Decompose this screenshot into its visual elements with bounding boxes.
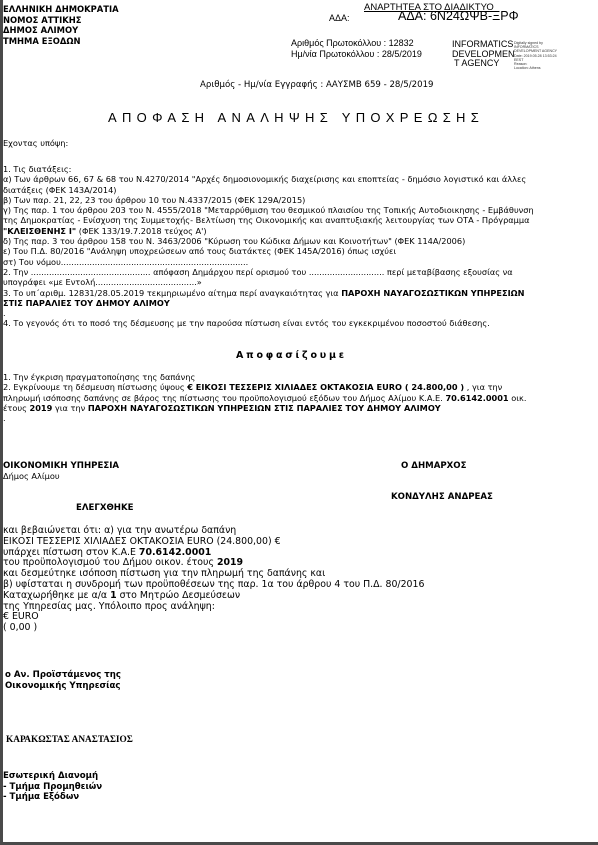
municipality-label: Δήμος Αλίμου — [3, 471, 60, 481]
document-page: ΕΛΛΗΝΙΚΗ ΔΗΜΟΚΡΑΤΙΑ ΝΟΜΟΣ ΑΤΤΙΚΗΣ ΔΗΜΟΣ … — [3, 0, 598, 842]
checked-label: ΕΛΕΓΧΘΗΚΕ — [76, 503, 134, 513]
certification-block: και βεβαιώνεται ότι: α) για την ανωτέρω … — [3, 526, 424, 634]
org-line: ΝΟΜΟΣ ΑΤΤΙΚΗΣ — [3, 15, 119, 26]
decision-heading: Αποφασίζουμε — [236, 350, 347, 361]
signature-details: Digitally signed by INFORMATICS DEVELOPM… — [514, 41, 557, 70]
kae-code: 70.6142.0001 — [445, 393, 508, 403]
distribution-item: - Τμήμα Εξόδων — [3, 792, 102, 803]
org-line: ΔΗΜΟΣ ΑΛΙΜΟΥ — [3, 25, 119, 36]
amount: € ΕΙΚΟΣΙ ΤΕΣΣΕΡΙΣ ΧΙΛΙΑΔΕΣ ΟΚΤΑΚΟΣΙΑ EUR… — [187, 382, 464, 392]
protocol-date: Ημ/νία Πρωτοκόλλου : 28/5/2019 — [291, 49, 422, 59]
distribution-title: Εσωτερική Διανομή — [3, 771, 102, 782]
org-line: ΕΛΛΗΝΙΚΗ ΔΗΜΟΚΡΑΤΙΑ — [3, 4, 119, 15]
finance-service-label: ΟΙΚΟΝΟΜΙΚΗ ΥΠΗΡΕΣΙΑ — [3, 461, 119, 471]
deputy-head-title: ο Αν. Προϊστάμενος της Οικονομικής Υπηρε… — [5, 670, 121, 691]
ada-value: ΑΔΑ: 6Ν24ΩΨΒ-ΞΡΦ — [398, 9, 519, 23]
org-line: ΤΜΗΜΑ ΕΞΟΔΩΝ — [3, 36, 119, 47]
registration-info: Αριθμός - Ημ/νία Εγγραφής : ΑΑΥΣΜΒ 659 -… — [200, 80, 434, 90]
ada-label: ΑΔΑ: — [329, 13, 350, 23]
protocol-number: Αριθμός Πρωτοκόλλου : 12832 — [291, 38, 414, 48]
service-name: ΠΑΡΟΧΗ ΝΑΥΑΓΟΣΩΣΤΙΚΩΝ ΥΠΗΡΕΣΙΩΝ — [341, 288, 524, 298]
signature-agency: INFORMATICS DEVELOPMEN T AGENCY — [452, 40, 515, 69]
distribution-item: - Τμήμα Προμηθειών — [3, 782, 102, 793]
decision-list: 1. Την έγκριση πραγματοποίησης της δαπάν… — [3, 372, 526, 423]
deputy-head-name: ΚΑΡΑΚΩΣΤΑΣ ΑΝΑΣΤΑΣΙΟΣ — [6, 735, 133, 745]
considering-list: 1. Τις διατάξεις: α) Των άρθρων 66, 67 &… — [3, 164, 534, 329]
issuing-authority: ΕΛΛΗΝΙΚΗ ΔΗΜΟΚΡΑΤΙΑ ΝΟΜΟΣ ΑΤΤΙΚΗΣ ΔΗΜΟΣ … — [3, 4, 119, 46]
mayor-name: ΚΟΝΔΥΛΗΣ ΑΝΔΡΕΑΣ — [391, 492, 493, 502]
mayor-title: Ο ΔΗΜΑΡΧΟΣ — [401, 461, 466, 471]
document-title: ΑΠΟΦΑΣΗ ΑΝΑΛΗΨΗΣ ΥΠΟΧΡΕΩΣΗΣ — [108, 110, 484, 125]
internal-distribution: Εσωτερική Διανομή - Τμήμα Προμηθειών - Τ… — [3, 771, 102, 803]
considering-intro: Εχοντας υπόψη: — [3, 138, 68, 148]
